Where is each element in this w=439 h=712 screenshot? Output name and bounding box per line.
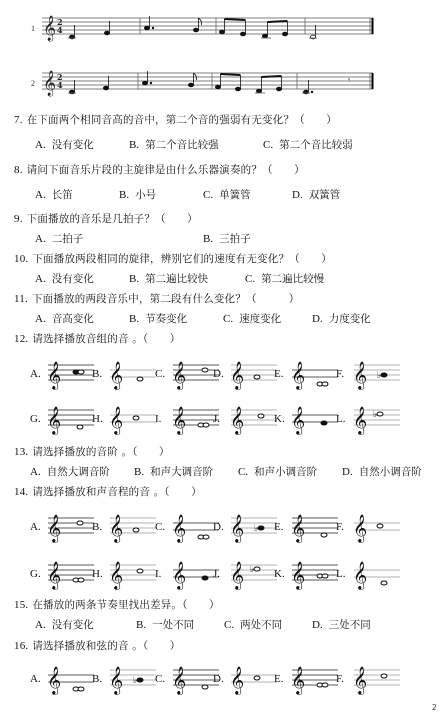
question-number: 14. — [14, 486, 28, 498]
option-letter: C. — [155, 368, 165, 380]
option-8-d[interactable]: D.双簧管 — [292, 187, 340, 202]
option-letter: C. — [245, 273, 255, 285]
option-letter: B. — [136, 619, 146, 631]
question-16: 16.请选择播放和弦的音 。（ ） — [14, 638, 180, 653]
svg-text:𝄞: 𝄞 — [353, 361, 367, 390]
option-10-b[interactable]: B.第二遍比较快 — [129, 271, 208, 286]
option-letter: A. — [30, 673, 41, 685]
svg-text:4: 4 — [57, 80, 63, 90]
question-text: 下面播放两段相同的旋律，辨别它们的速度有无变化？（ ） — [32, 253, 332, 265]
svg-text:𝄞: 𝄞 — [291, 406, 305, 435]
option-letter: E. — [274, 673, 283, 685]
option-letter: C. — [238, 466, 248, 478]
option-letter: A. — [35, 619, 46, 631]
option-text: 节奏变化 — [145, 313, 187, 325]
svg-text:𝄞: 𝄞 — [47, 361, 61, 390]
option-letter: A. — [35, 139, 46, 151]
svg-text:𝄞: 𝄞 — [291, 666, 305, 695]
notation-option-g[interactable]: G.𝄞 — [30, 555, 100, 591]
svg-text:𝄞: 𝄞 — [172, 406, 186, 435]
svg-text:♭: ♭ — [254, 524, 258, 534]
option-letter: D. — [292, 189, 303, 201]
question-number: 8. — [14, 164, 23, 176]
option-letter: B. — [203, 233, 213, 245]
option-text: 和声小调音阶 — [254, 466, 317, 478]
option-letter: D. — [213, 673, 224, 685]
option-letter: C. — [224, 619, 234, 631]
svg-text:𝄞: 𝄞 — [172, 514, 186, 543]
svg-text:𝄞: 𝄞 — [230, 561, 244, 590]
option-11-c[interactable]: C.速度变化 — [223, 311, 281, 326]
svg-text:𝄞: 𝄞 — [353, 406, 367, 435]
option-text: 速度变化 — [239, 313, 281, 325]
question-text: 下面播放的音乐是几拍子？（ ） — [27, 213, 198, 225]
svg-text:𝄞: 𝄞 — [47, 514, 61, 543]
notation-option-f[interactable]: F.𝄞♭ — [336, 355, 406, 391]
option-letter: C. — [203, 189, 213, 201]
option-letter: J. — [213, 413, 220, 425]
question-number: 9. — [14, 213, 23, 225]
option-11-d[interactable]: D.力度变化 — [312, 311, 371, 326]
option-9-a[interactable]: A.二拍子 — [35, 231, 83, 246]
option-letter: C. — [223, 313, 233, 325]
option-letter: F. — [336, 521, 344, 533]
option-letter: B. — [129, 139, 139, 151]
option-8-b[interactable]: B.小号 — [119, 187, 156, 202]
svg-text:𝄞: 𝄞 — [43, 70, 56, 96]
option-text: 没有变化 — [52, 139, 94, 151]
option-15-b[interactable]: B.一处不同 — [136, 617, 194, 632]
option-11-b[interactable]: B.节奏变化 — [129, 311, 187, 326]
option-text: 第二遍比较慢 — [261, 273, 324, 285]
option-letter: A. — [35, 189, 46, 201]
option-7-a[interactable]: A.没有变化 — [35, 137, 94, 152]
option-letter: F. — [336, 673, 344, 685]
svg-text:𝄞: 𝄞 — [109, 561, 123, 590]
option-letter: K. — [274, 568, 285, 580]
option-15-c[interactable]: C.两处不同 — [224, 617, 282, 632]
question-text: 请选择播放音组的音 。（ ） — [32, 333, 180, 345]
option-10-c[interactable]: C.第二遍比较慢 — [245, 271, 324, 286]
notation-option-l[interactable]: L.𝄞 — [336, 555, 406, 591]
question-text: 在播放的两条节奏里找出差异。（ ） — [32, 599, 219, 611]
option-letter: A. — [30, 368, 41, 380]
option-text: 第二个音比较强 — [145, 139, 219, 151]
option-text: 没有变化 — [52, 273, 94, 285]
notation-option-j[interactable]: J.𝄞 — [213, 400, 283, 436]
question-number: 13. — [14, 446, 28, 458]
question-text: 在下面两个相同音高的音中，第二个音的强弱有无变化？（ ） — [27, 114, 337, 126]
option-text: 音高变化 — [52, 313, 94, 325]
option-letter: E. — [274, 521, 283, 533]
option-letter: D. — [342, 466, 353, 478]
question-13: 13.请选择播放的音阶 。（ ） — [14, 444, 170, 459]
notation-option-f[interactable]: F.𝄞 — [336, 660, 406, 696]
svg-text:𝄞: 𝄞 — [230, 406, 244, 435]
option-letter: B. — [92, 368, 102, 380]
notation-option-a[interactable]: A.𝄞 — [30, 508, 100, 544]
svg-text:𝄞: 𝄞 — [230, 666, 244, 695]
notation-option-d[interactable]: D.𝄞♭ — [213, 508, 283, 544]
option-letter: H. — [92, 413, 103, 425]
option-letter: J. — [213, 568, 220, 580]
notation-option-h[interactable]: H.𝄞 — [92, 400, 162, 436]
svg-text:𝄞: 𝄞 — [230, 361, 244, 390]
question-text: 请选择播放和声音程的音 。（ ） — [32, 486, 202, 498]
option-letter: A. — [30, 466, 41, 478]
option-letter: G. — [30, 568, 41, 580]
notation-option-e[interactable]: E.𝄞 — [274, 355, 344, 391]
option-letter: C. — [263, 139, 273, 151]
option-text: 第二遍比较快 — [145, 273, 208, 285]
svg-text:𝄞: 𝄞 — [172, 561, 186, 590]
option-9-b[interactable]: B.三拍子 — [203, 231, 251, 246]
option-letter: G. — [30, 413, 41, 425]
question-7: 7.在下面两个相同音高的音中，第二个音的强弱有无变化？（ ） — [14, 112, 337, 127]
svg-text:𝄞: 𝄞 — [43, 15, 56, 41]
option-letter: B. — [134, 466, 144, 478]
option-letter: B. — [119, 189, 129, 201]
question-text: 请问下面音乐片段的主旋律是由什么乐器演奏的？（ ） — [27, 164, 305, 176]
svg-text:𝄞: 𝄞 — [353, 666, 367, 695]
option-letter: B. — [129, 313, 139, 325]
option-letter: D. — [213, 521, 224, 533]
option-text: 三处不同 — [329, 619, 371, 631]
option-letter: B. — [129, 273, 139, 285]
option-11-a[interactable]: A.音高变化 — [35, 311, 94, 326]
question-8: 8.请问下面音乐片段的主旋律是由什么乐器演奏的？（ ） — [14, 162, 305, 177]
svg-text:𝄞: 𝄞 — [353, 514, 367, 543]
option-7-b[interactable]: B.第二个音比较强 — [129, 137, 219, 152]
question-number: 15. — [14, 599, 28, 611]
option-text: 二拍子 — [52, 233, 84, 245]
svg-text:𝄞: 𝄞 — [109, 406, 123, 435]
notation-option-d[interactable]: D.𝄞 — [213, 660, 283, 696]
option-letter: A. — [35, 233, 46, 245]
melody-staff-2: 2 𝄞 2 4 — [0, 63, 439, 103]
svg-text:𝄞: 𝄞 — [172, 666, 186, 695]
option-text: 自然大调音阶 — [47, 466, 110, 478]
option-13-d[interactable]: D.自然小调音阶 — [342, 464, 422, 479]
option-10-a[interactable]: A.没有变化 — [35, 271, 94, 286]
svg-text:𝄞: 𝄞 — [47, 406, 61, 435]
option-text: 长笛 — [52, 189, 73, 201]
notation-option-f[interactable]: F.𝄞 — [336, 508, 406, 544]
option-letter: L. — [336, 568, 345, 580]
notation-option-b[interactable]: B.𝄞 — [92, 355, 162, 391]
option-letter: B. — [92, 521, 102, 533]
option-letter: C. — [155, 673, 165, 685]
svg-text:4: 4 — [57, 25, 63, 35]
notation-option-b[interactable]: B.𝄞♭ — [92, 660, 162, 696]
option-letter: A. — [30, 521, 41, 533]
question-number: 11. — [14, 293, 28, 305]
notation-option-k[interactable]: K.𝄞 — [274, 400, 344, 436]
option-letter: D. — [213, 368, 224, 380]
option-text: 没有变化 — [52, 619, 94, 631]
notation-option-h[interactable]: H.𝄞 — [92, 555, 162, 591]
option-8-a[interactable]: A.长笛 — [35, 187, 73, 202]
option-8-c[interactable]: C.单簧管 — [203, 187, 251, 202]
notation-option-b[interactable]: B.𝄞 — [92, 508, 162, 544]
question-11: 11.下面播放的两段音乐中，第二段有什么变化？（ ） — [14, 291, 299, 306]
svg-text:♭: ♭ — [377, 371, 381, 381]
option-letter: E. — [274, 368, 283, 380]
question-number: 16. — [14, 640, 28, 652]
svg-text:𝄞: 𝄞 — [353, 561, 367, 590]
option-text: 三拍子 — [219, 233, 251, 245]
option-letter: A. — [35, 273, 46, 285]
option-letter: L. — [336, 413, 345, 425]
notation-option-d[interactable]: D.𝄞 — [213, 355, 283, 391]
option-letter: I. — [155, 413, 161, 425]
notation-option-l[interactable]: L.𝄞♭ — [336, 400, 406, 436]
option-7-c[interactable]: C.第二个音比较弱 — [263, 137, 353, 152]
option-letter: D. — [312, 619, 323, 631]
option-13-b[interactable]: B.和声大调音阶 — [134, 464, 213, 479]
notation-option-a[interactable]: A.𝄞 — [30, 355, 100, 391]
option-letter: F. — [336, 368, 344, 380]
svg-text:𝄞: 𝄞 — [291, 514, 305, 543]
option-text: 双簧管 — [309, 189, 341, 201]
option-text: 小号 — [135, 189, 156, 201]
question-14: 14.请选择播放和声音程的音 。（ ） — [14, 484, 202, 499]
notation-option-a[interactable]: A.𝄞 — [30, 660, 100, 696]
question-number: 10. — [14, 253, 28, 265]
question-15: 15.在播放的两条节奏里找出差异。（ ） — [14, 597, 220, 612]
music-staff-icon: 𝄞 2 4 — [0, 8, 439, 48]
svg-text:𝄞: 𝄞 — [291, 361, 305, 390]
page-number: 2 — [432, 703, 437, 712]
option-text: 和声大调音阶 — [150, 466, 213, 478]
option-letter: H. — [92, 568, 103, 580]
option-13-c[interactable]: C.和声小调音阶 — [238, 464, 317, 479]
option-text: 自然小调音阶 — [359, 466, 422, 478]
notation-option-j[interactable]: J.𝄞♭ — [213, 555, 283, 591]
svg-text:𝄞: 𝄞 — [172, 361, 186, 390]
option-letter: I. — [155, 568, 161, 580]
option-letter: D. — [312, 313, 323, 325]
option-letter: K. — [274, 413, 285, 425]
question-12: 12.请选择播放音组的音 。（ ） — [14, 331, 180, 346]
svg-text:♭: ♭ — [133, 676, 137, 686]
notation-option-e[interactable]: E.𝄞 — [274, 508, 344, 544]
notation-option-e[interactable]: E.𝄞 — [274, 660, 344, 696]
svg-text:𝄞: 𝄞 — [109, 361, 123, 390]
music-staff-icon: 𝄞 2 4 𝄾 — [0, 63, 439, 103]
svg-text:𝄞: 𝄞 — [291, 561, 305, 590]
option-letter: B. — [92, 673, 102, 685]
option-letter: C. — [155, 521, 165, 533]
question-number: 7. — [14, 114, 23, 126]
option-text: 力度变化 — [329, 313, 371, 325]
svg-text:𝄞: 𝄞 — [47, 561, 61, 590]
question-10: 10.下面播放两段相同的旋律，辨别它们的速度有无变化？（ ） — [14, 251, 332, 266]
melody-staff-1: 1 𝄞 2 4 — [0, 8, 439, 48]
svg-text:𝄞: 𝄞 — [109, 666, 123, 695]
svg-text:♭: ♭ — [250, 565, 254, 575]
svg-text:𝄞: 𝄞 — [109, 514, 123, 543]
option-15-d[interactable]: D.三处不同 — [312, 617, 371, 632]
notation-option-g[interactable]: G.𝄞 — [30, 400, 100, 436]
svg-text:𝄞: 𝄞 — [230, 514, 244, 543]
question-text: 请选择播放的音阶 。（ ） — [32, 446, 169, 458]
svg-text:♭: ♭ — [373, 410, 377, 420]
question-text: 请选择播放和弦的音 。（ ） — [32, 640, 180, 652]
option-text: 单簧管 — [219, 189, 251, 201]
question-9: 9.下面播放的音乐是几拍子？（ ） — [14, 211, 198, 226]
option-text: 第二个音比较弱 — [279, 139, 353, 151]
option-letter: A. — [35, 313, 46, 325]
question-number: 12. — [14, 333, 28, 345]
question-text: 下面播放的两段音乐中，第二段有什么变化？（ ） — [32, 293, 300, 305]
option-13-a[interactable]: A.自然大调音阶 — [30, 464, 110, 479]
option-text: 两处不同 — [240, 619, 282, 631]
option-text: 一处不同 — [152, 619, 194, 631]
notation-option-k[interactable]: K.𝄞 — [274, 555, 344, 591]
option-15-a[interactable]: A.没有变化 — [35, 617, 94, 632]
svg-text:𝄞: 𝄞 — [47, 666, 61, 695]
